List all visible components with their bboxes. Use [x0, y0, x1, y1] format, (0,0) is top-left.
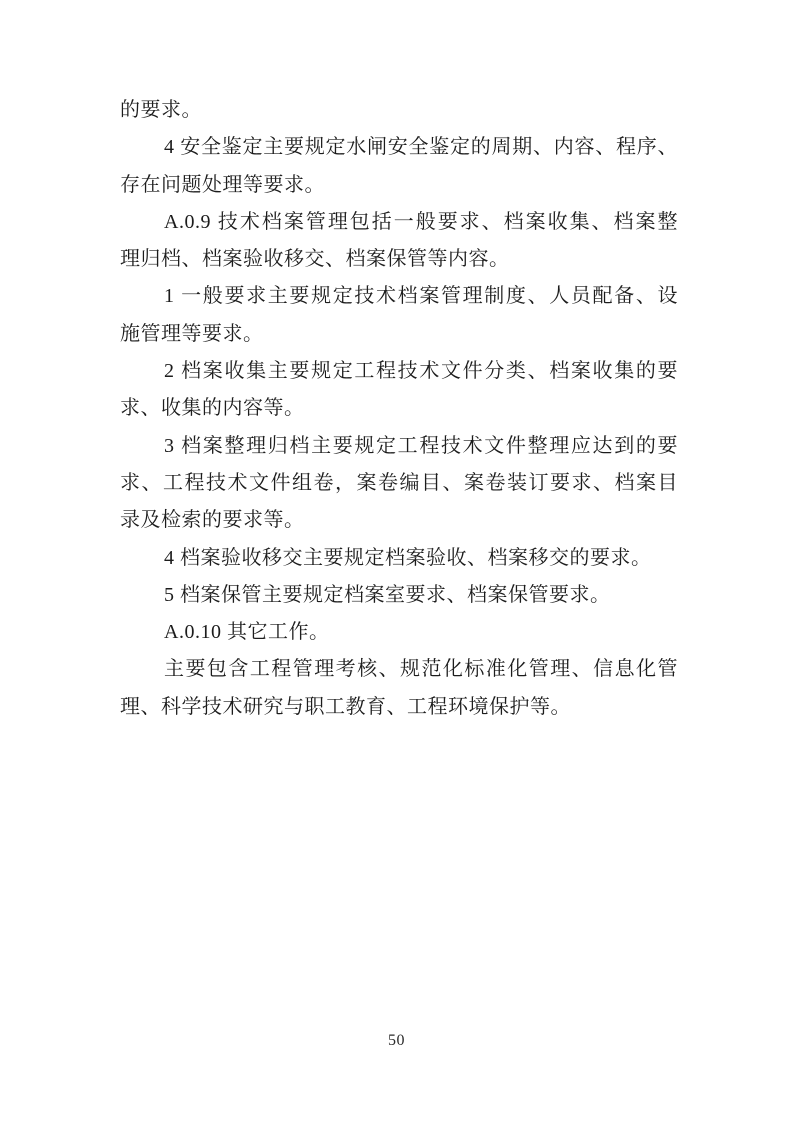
text-line: 求、收集的内容等。: [120, 390, 678, 427]
page-number: 50: [0, 1032, 793, 1050]
text-line: 的要求。: [120, 92, 678, 129]
text-line: 3 档案整理归档主要规定工程技术文件整理应达到的要: [120, 428, 678, 465]
text-line: 4 档案验收移交主要规定档案验收、档案移交的要求。: [120, 540, 678, 577]
text-line: 4 安全鉴定主要规定水闸安全鉴定的周期、内容、程序、: [120, 129, 678, 166]
text-line: 理、科学技术研究与职工教育、工程环境保护等。: [120, 689, 678, 726]
text-line: 理归档、档案验收移交、档案保管等内容。: [120, 241, 678, 278]
document-page: 的要求。4 安全鉴定主要规定水闸安全鉴定的周期、内容、程序、存在问题处理等要求。…: [0, 0, 793, 1122]
document-body: 的要求。4 安全鉴定主要规定水闸安全鉴定的周期、内容、程序、存在问题处理等要求。…: [120, 92, 678, 726]
text-line: 主要包含工程管理考核、规范化标准化管理、信息化管: [120, 651, 678, 688]
text-line: 录及检索的要求等。: [120, 502, 678, 539]
text-line: A.0.10 其它工作。: [120, 614, 678, 651]
text-line: 2 档案收集主要规定工程技术文件分类、档案收集的要: [120, 353, 678, 390]
text-line: 存在问题处理等要求。: [120, 167, 678, 204]
text-line: A.0.9 技术档案管理包括一般要求、档案收集、档案整: [120, 204, 678, 241]
text-line: 1 一般要求主要规定技术档案管理制度、人员配备、设: [120, 278, 678, 315]
text-line: 施管理等要求。: [120, 316, 678, 353]
text-line: 求、工程技术文件组卷，案卷编目、案卷装订要求、档案目: [120, 465, 678, 502]
text-line: 5 档案保管主要规定档案室要求、档案保管要求。: [120, 577, 678, 614]
